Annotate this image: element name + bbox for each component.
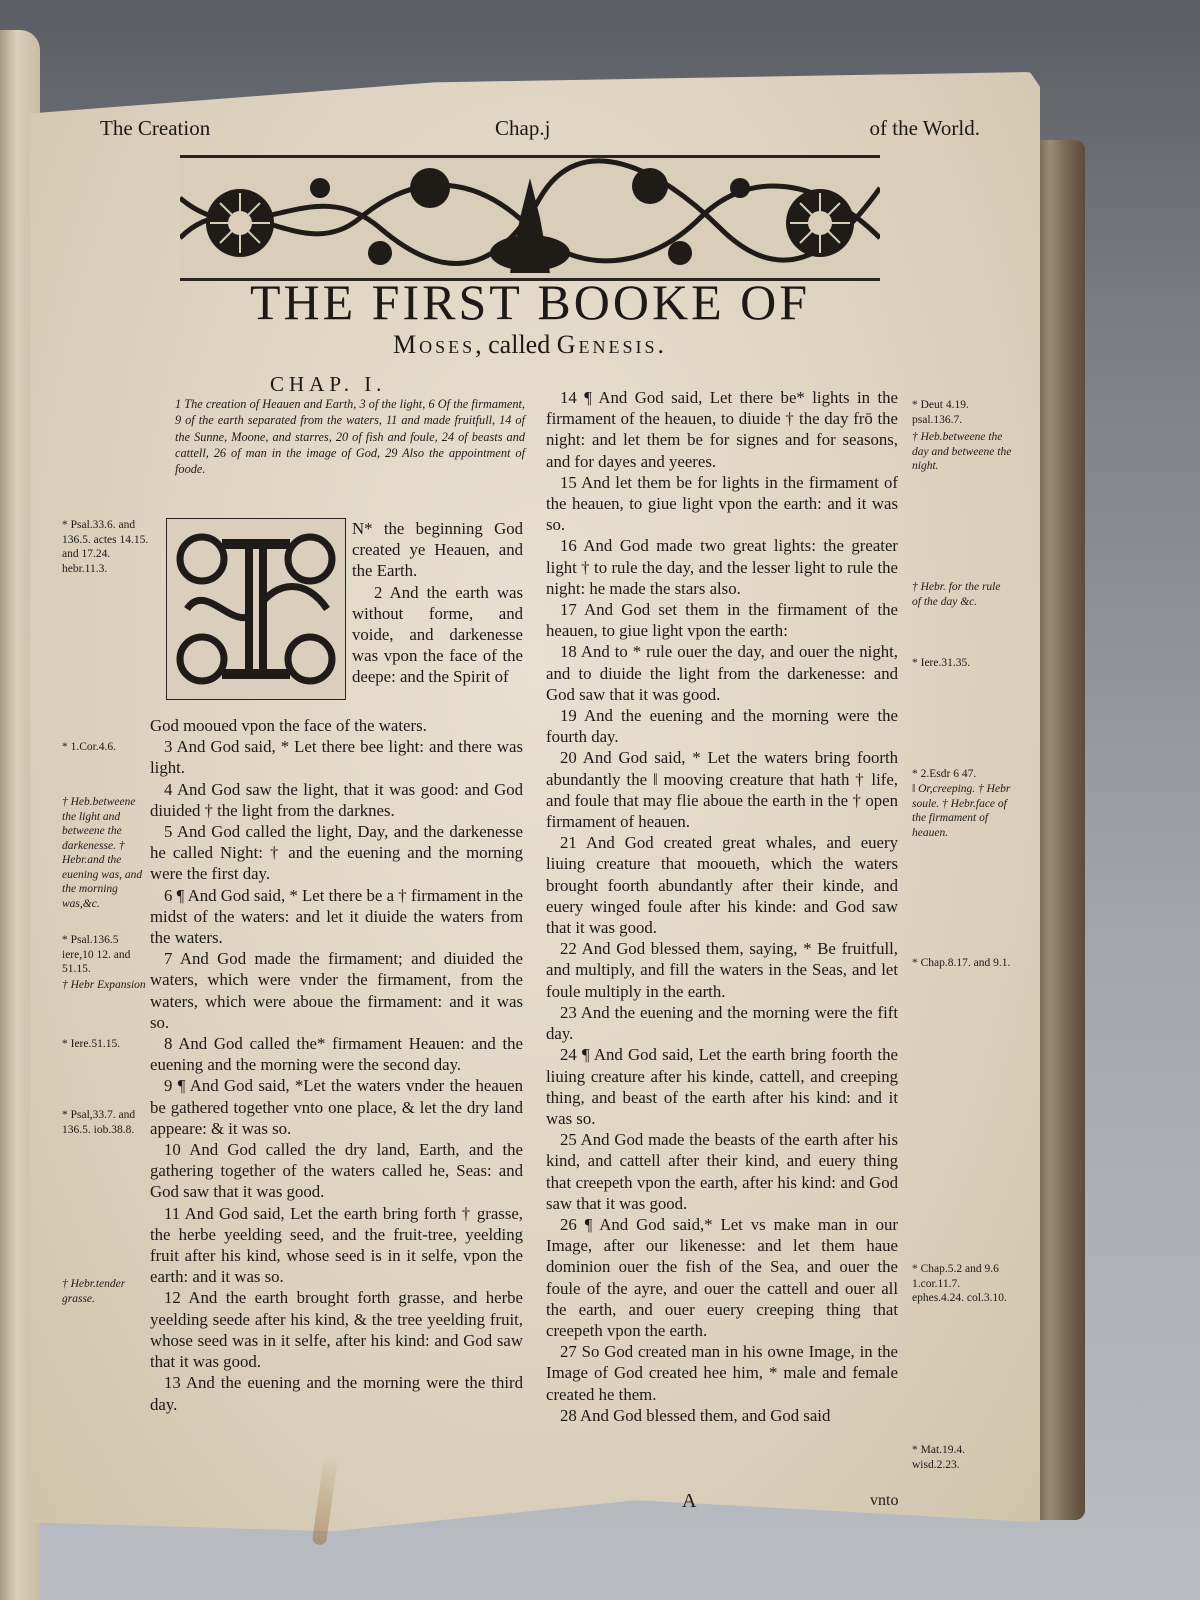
- margin-note-left: † Heb.betweene the light and betweene th…: [62, 795, 152, 911]
- subtitle-moses: Moses: [393, 330, 475, 359]
- margin-note-left: * Iere.51.15.: [62, 1037, 152, 1052]
- verse-14: 14 ¶ And God said, Let there be* lights …: [546, 387, 898, 472]
- margin-note-right: * Iere.31.35.: [912, 656, 1012, 671]
- verse-25: 25 And God made the beasts of the earth …: [546, 1129, 898, 1214]
- woodcut-headpiece-ornament-icon: [180, 155, 880, 281]
- book-subtitle: Moses, called Genesis.: [180, 330, 880, 360]
- verse-8: 8 And God called the* firmament Heauen: …: [150, 1033, 523, 1075]
- margin-note-right: † Heb.betweene the day and betweene the …: [912, 430, 1012, 474]
- margin-note-left: * 1.Cor.4.6.: [62, 740, 152, 755]
- running-head-right: of the World.: [870, 116, 981, 141]
- verse-12: 12 And the earth brought forth grasse, a…: [150, 1287, 523, 1372]
- verse-28: 28 And God blessed them, and God said: [546, 1405, 898, 1426]
- subtitle-genesis: Genesis.: [557, 330, 667, 359]
- verse-27: 27 So God created man in his owne Image,…: [546, 1341, 898, 1405]
- verse-24: 24 ¶ And God said, Let the earth bring f…: [546, 1044, 898, 1129]
- margin-note-right: * Chap.5.2 and 9.6 1.cor.11.7. ephes.4.2…: [912, 1262, 1012, 1306]
- margin-note-right: * Deut 4.19. psal.136.7.: [912, 398, 1012, 427]
- verse-13: 13 And the euening and the morning were …: [150, 1372, 523, 1414]
- verse-5: 5 And God called the light, Day, and the…: [150, 821, 523, 885]
- margin-note-left: † Hebr Expansion: [62, 978, 152, 993]
- verse-17: 17 And God set them in the firmament of …: [546, 599, 898, 641]
- running-head-left: The Creation: [100, 116, 210, 141]
- verse-9: 9 ¶ And God said, *Let the waters vnder …: [150, 1075, 523, 1139]
- margin-note-left: * Psal,33.7. and 136.5. iob.38.8.: [62, 1108, 152, 1137]
- subtitle-called: , called: [475, 330, 557, 359]
- verse-2: 2 And the earth was without forme, and v…: [352, 582, 523, 688]
- verse-1-and-2: N* the beginning God created ye Heauen, …: [352, 518, 523, 688]
- margin-note-right: * Mat.19.4. wisd.2.23.: [912, 1443, 1012, 1472]
- signature-mark: A: [682, 1490, 696, 1513]
- chapter-argument: 1 The creation of Heauen and Earth, 3 of…: [175, 396, 525, 477]
- verse-23: 23 And the euening and the morning were …: [546, 1002, 898, 1044]
- verse-10: 10 And God called the dry land, Earth, a…: [150, 1139, 523, 1203]
- margin-note-right: * 2.Esdr 6 47.: [912, 767, 1012, 782]
- left-text-column: God mooued vpon the face of the waters. …: [150, 715, 523, 1415]
- right-text-column: 14 ¶ And God said, Let there be* lights …: [546, 387, 898, 1426]
- verse-20: 20 And God said, * Let the waters bring …: [546, 747, 898, 832]
- chapter-heading: CHAP. I.: [270, 372, 386, 397]
- verse-15: 15 And let them be for lights in the fir…: [546, 472, 898, 536]
- margin-note-right: ‖ Or,creeping. † Hebr soule. † Hebr.face…: [912, 782, 1012, 840]
- verse-1: N* the beginning God created ye Heauen, …: [352, 518, 523, 582]
- running-head: The Creation Chap.j of the World.: [100, 116, 980, 146]
- verse-3: 3 And God said, * Let there bee light: a…: [150, 736, 523, 778]
- margin-note-left: † Hebr.tender grasse.: [62, 1277, 152, 1306]
- book-title: THE FIRST BOOKE OF: [180, 275, 880, 329]
- verse-11: 11 And God said, Let the earth bring for…: [150, 1203, 523, 1288]
- verse-2-continued: God mooued vpon the face of the waters.: [150, 715, 523, 736]
- margin-note-left: * Psal.136.5 iere,10 12. and 51.15.: [62, 933, 152, 977]
- verse-21: 21 And God created great whales, and eue…: [546, 832, 898, 938]
- running-head-chapter: Chap.j: [495, 116, 550, 141]
- verse-19: 19 And the euening and the morning were …: [546, 705, 898, 747]
- verse-4: 4 And God saw the light, that it was goo…: [150, 779, 523, 821]
- verse-16: 16 And God made two great lights: the gr…: [546, 535, 898, 599]
- verse-26: 26 ¶ And God said,* Let vs make man in o…: [546, 1214, 898, 1341]
- verse-6: 6 ¶ And God said, * Let there be a † fir…: [150, 885, 523, 949]
- catchword: vnto: [870, 1492, 898, 1510]
- book-fore-edge: [1035, 140, 1085, 1520]
- verse-18: 18 And to * rule ouer the day, and ouer …: [546, 641, 898, 705]
- margin-note-left: * Psal.33.6. and 136.5. actes 14.15. and…: [62, 518, 152, 576]
- decorated-initial-I-icon: [166, 518, 346, 700]
- verse-7: 7 And God made the firmament; and diuide…: [150, 948, 523, 1033]
- margin-note-right: † Hebr. for the rule of the day &c.: [912, 580, 1012, 609]
- margin-note-right: * Chap.8.17. and 9.1.: [912, 956, 1012, 971]
- verse-22: 22 And God blessed them, saying, * Be fr…: [546, 938, 898, 1002]
